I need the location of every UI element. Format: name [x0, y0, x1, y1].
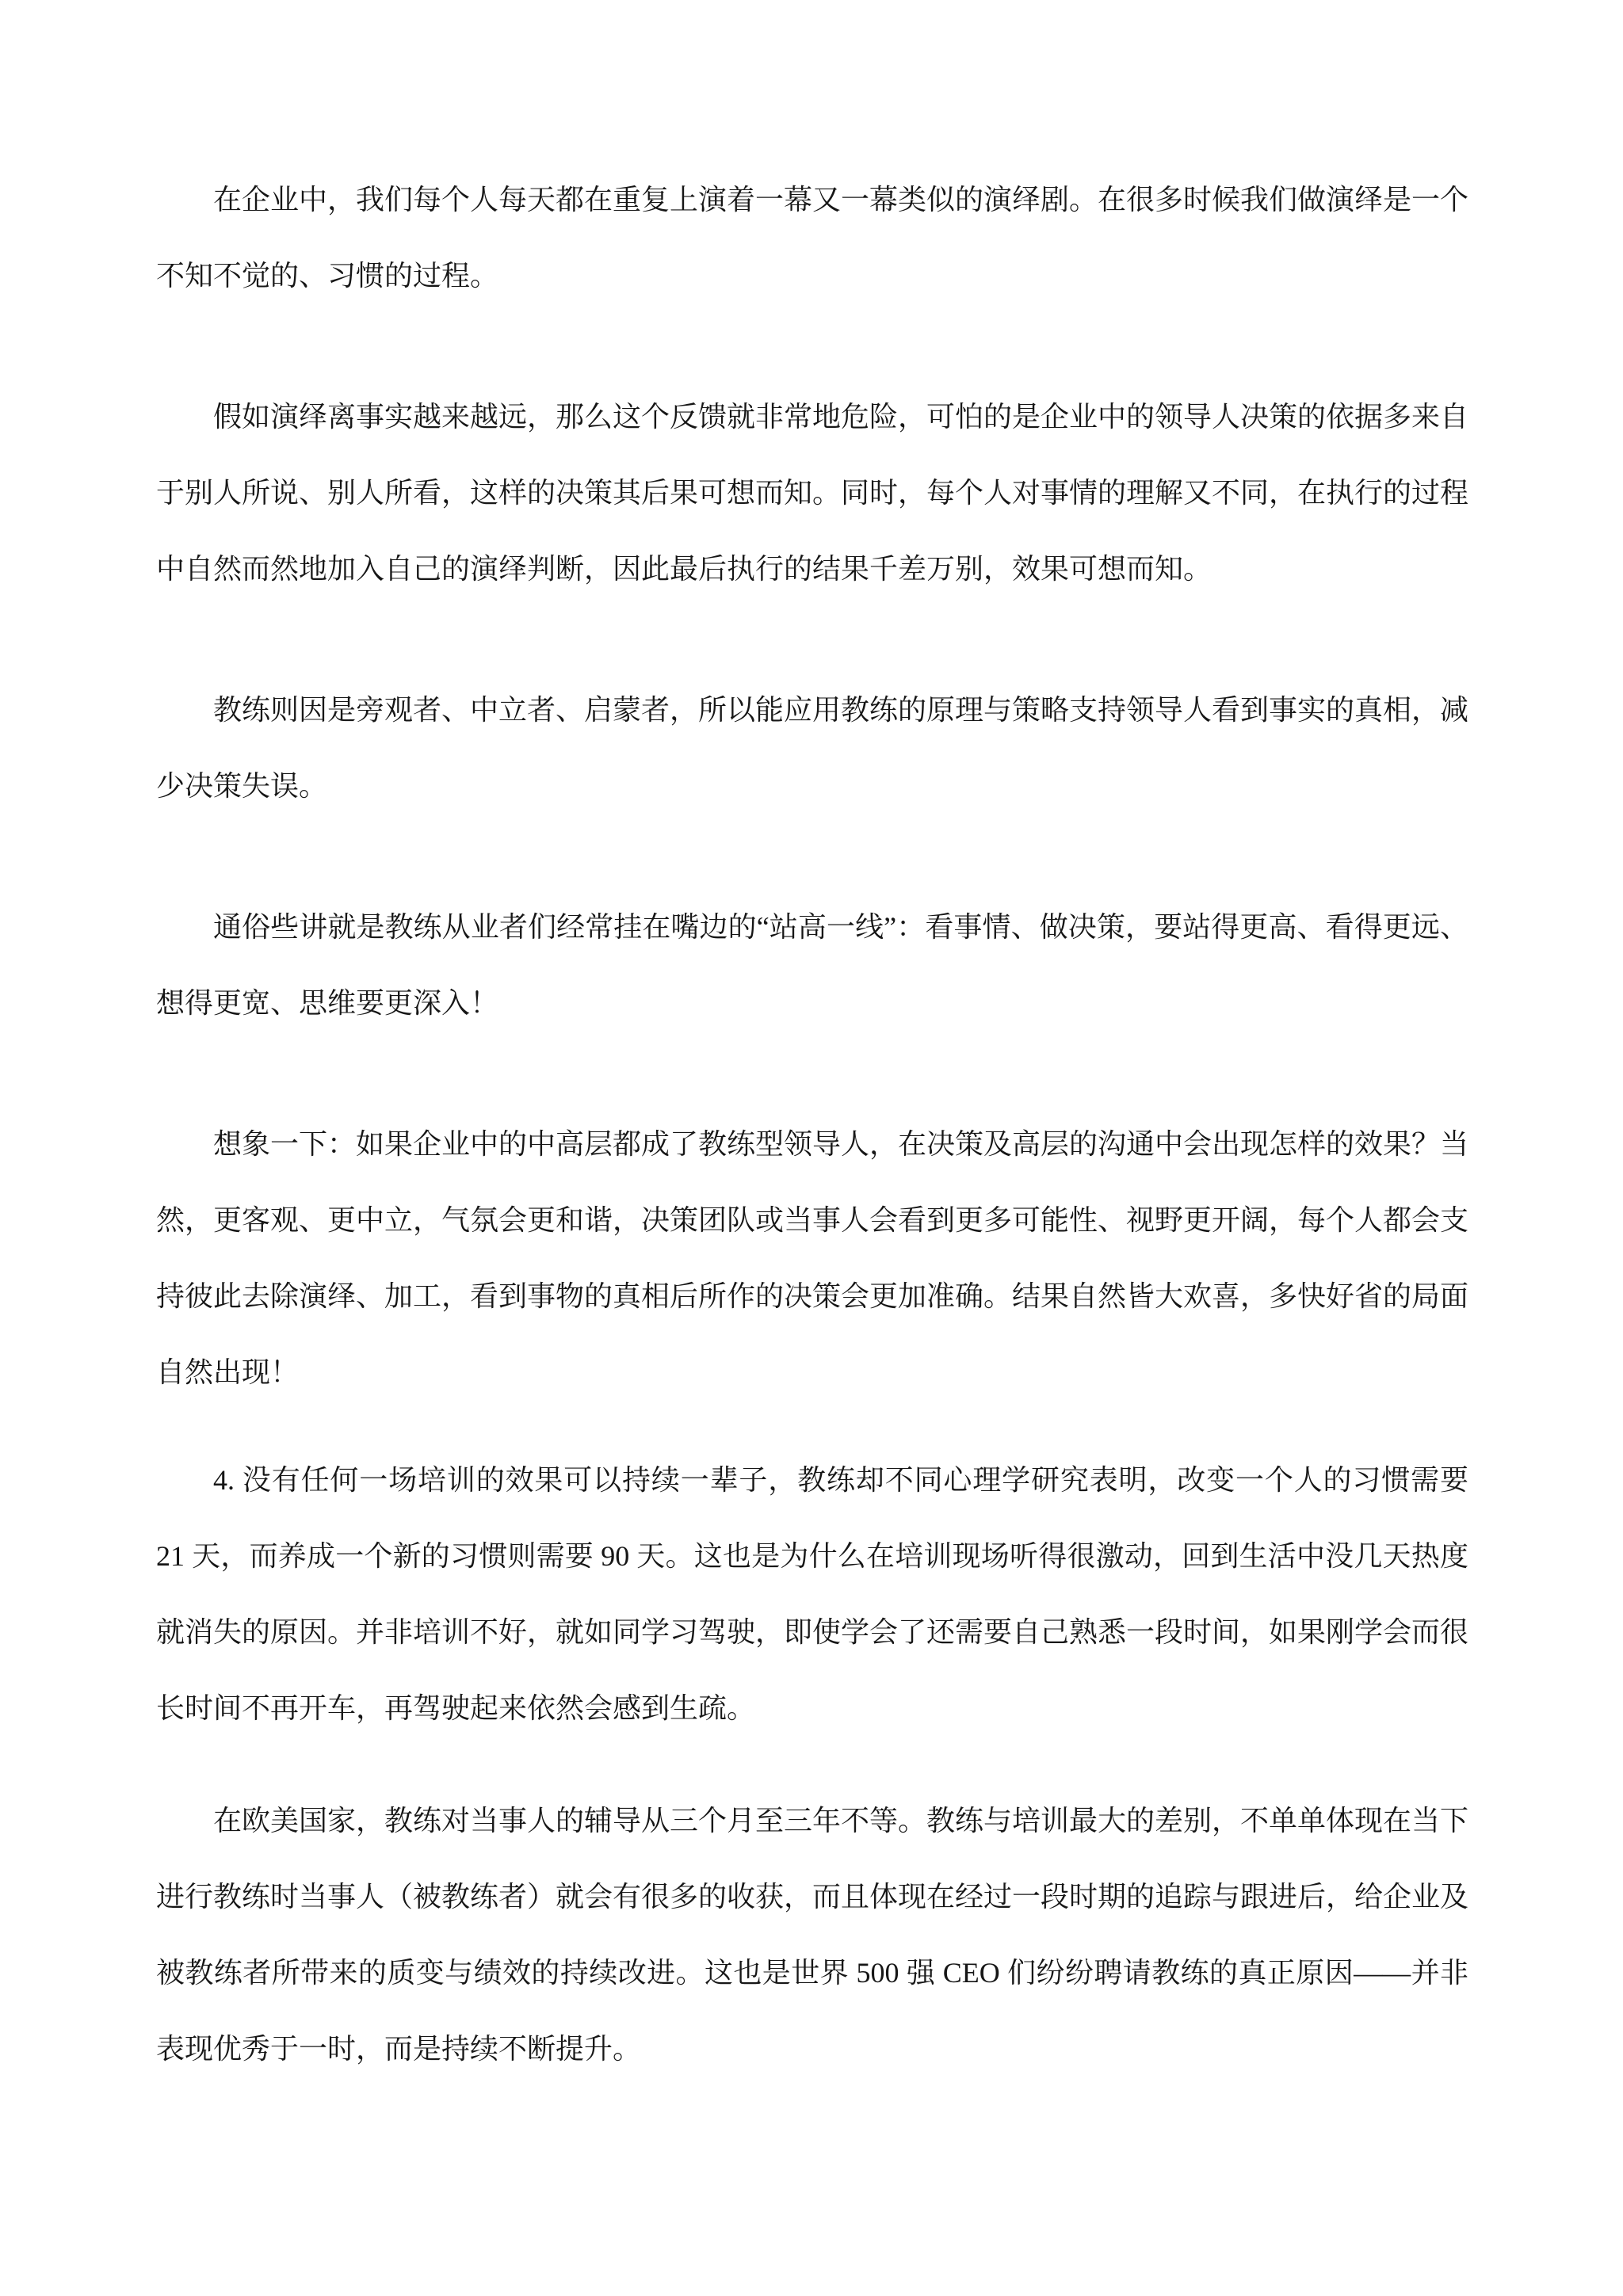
- paragraph-4: 通俗些讲就是教练从业者们经常挂在嘴边的“站高一线”：看事情、做决策，要站得更高、…: [156, 889, 1468, 1041]
- paragraph-3: 教练则因是旁观者、中立者、启蒙者，所以能应用教练的原理与策略支持领导人看到事实的…: [156, 672, 1468, 824]
- paragraph-1: 在企业中，我们每个人每天都在重复上演着一幕又一幕类似的演绎剧。在很多时候我们做演…: [156, 162, 1468, 314]
- document-page: 在企业中，我们每个人每天都在重复上演着一幕又一幕类似的演绎剧。在很多时候我们做演…: [0, 0, 1623, 2296]
- article-body: 在企业中，我们每个人每天都在重复上演着一幕又一幕类似的演绎剧。在很多时候我们做演…: [156, 162, 1468, 2087]
- paragraph-6: 4. 没有任何一场培训的效果可以持续一辈子，教练却不同心理学研究表明，改变一个人…: [156, 1442, 1468, 1746]
- paragraph-5: 想象一下：如果企业中的中高层都成了教练型领导人，在决策及高层的沟通中会出现怎样的…: [156, 1106, 1468, 1410]
- paragraph-2: 假如演绎离事实越来越远，那么这个反馈就非常地危险，可怕的是企业中的领导人决策的依…: [156, 379, 1468, 607]
- paragraph-7: 在欧美国家，教练对当事人的辅导从三个月至三年不等。教练与培训最大的差别，不单单体…: [156, 1783, 1468, 2087]
